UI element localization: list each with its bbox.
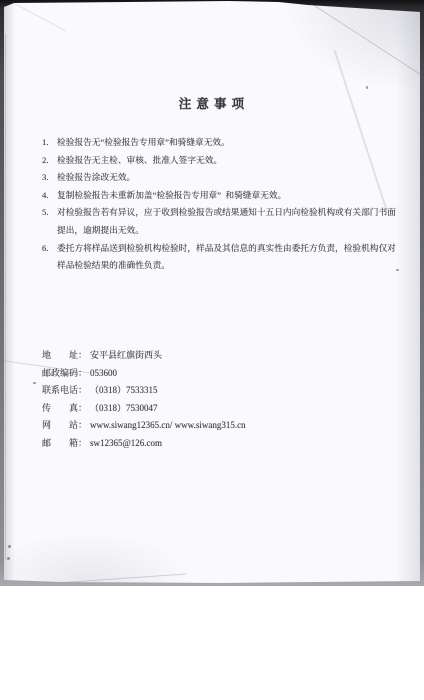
contact-label: 联系电话： bbox=[42, 382, 87, 400]
contact-row-postcode: 邮政编码： 053600 bbox=[42, 365, 402, 383]
scan-speck bbox=[33, 382, 36, 384]
contact-label: 邮政编码： bbox=[42, 365, 87, 383]
notice-item-2: 2. 检验报告无主检、审核、批准人签字无效。 bbox=[42, 152, 404, 170]
item-text: 检验报告无主检、审核、批准人签字无效。 bbox=[57, 152, 404, 170]
item-number: 4. bbox=[42, 187, 57, 205]
contact-row-fax: 传 真： （0318）7530047 bbox=[42, 400, 402, 418]
scan-edge-artifact bbox=[5, 34, 6, 560]
notice-item-5: 5. 对检验报告若有异议，应于收到检验报告或结果通知十五日内向检验机构或有关部门… bbox=[42, 204, 404, 239]
document-title: 注 意 事 项 bbox=[4, 96, 420, 112]
contact-row-address: 地 址： 安平县红旗街西头 bbox=[42, 347, 402, 365]
item-number: 3. bbox=[42, 169, 57, 187]
paper-crease bbox=[4, 0, 66, 31]
contact-value: www.siwang12365.cn/ www.siwang315.cn bbox=[90, 417, 246, 435]
contact-label: 传 真： bbox=[42, 400, 87, 418]
contact-block: 地 址： 安平县红旗街西头 邮政编码： 053600 联系电话： （0318）7… bbox=[42, 347, 402, 453]
item-number: 1. bbox=[42, 134, 57, 152]
document-page: 注 意 事 项 1. 检验报告无“检验报告专用章”和骑缝章无效。 2. 检验报告… bbox=[4, 0, 420, 584]
contact-row-website: 网 站： www.siwang12365.cn/ www.siwang315.c… bbox=[42, 417, 402, 435]
contact-label: 地 址： bbox=[42, 347, 87, 365]
item-number: 2. bbox=[42, 152, 57, 170]
notice-item-6: 6. 委托方将样品送到检验机构检验时，样品及其信息的真实性由委托方负责，检验机构… bbox=[42, 240, 404, 275]
item-text: 复制检验报告未重新加盖“检验报告专用章” 和骑缝章无效。 bbox=[57, 187, 404, 205]
item-text: 检验报告涂改无效。 bbox=[57, 169, 404, 187]
scan-speck bbox=[7, 557, 10, 560]
item-text: 检验报告无“检验报告专用章”和骑缝章无效。 bbox=[57, 134, 404, 152]
scan-speck bbox=[366, 86, 368, 89]
contact-row-email: 邮 箱： sw12365@126.com bbox=[42, 435, 402, 453]
item-number: 5. bbox=[42, 204, 57, 239]
item-number: 6. bbox=[42, 240, 57, 275]
paper-crease bbox=[296, 0, 422, 76]
paper-crease bbox=[56, 573, 186, 583]
contact-value: 安平县红旗街西头 bbox=[90, 347, 162, 365]
contact-value: 053600 bbox=[90, 365, 117, 383]
item-text: 委托方将样品送到检验机构检验时，样品及其信息的真实性由委托方负责，检验机构仅对样… bbox=[57, 240, 404, 275]
item-text: 对检验报告若有异议，应于收到检验报告或结果通知十五日内向检验机构或有关部门书面提… bbox=[57, 204, 404, 239]
contact-row-phone: 联系电话： （0318）7533315 bbox=[42, 382, 402, 400]
scanned-document: 注 意 事 项 1. 检验报告无“检验报告专用章”和骑缝章无效。 2. 检验报告… bbox=[0, 0, 424, 700]
scan-speck bbox=[8, 545, 11, 548]
contact-label: 网 站： bbox=[42, 417, 87, 435]
notice-list: 1. 检验报告无“检验报告专用章”和骑缝章无效。 2. 检验报告无主检、审核、批… bbox=[42, 134, 404, 275]
contact-value: （0318）7530047 bbox=[90, 400, 158, 418]
contact-value: sw12365@126.com bbox=[90, 435, 162, 453]
notice-item-4: 4. 复制检验报告未重新加盖“检验报告专用章” 和骑缝章无效。 bbox=[42, 187, 404, 205]
contact-label: 邮 箱： bbox=[42, 435, 87, 453]
notice-item-1: 1. 检验报告无“检验报告专用章”和骑缝章无效。 bbox=[42, 134, 404, 152]
contact-value: （0318）7533315 bbox=[90, 382, 158, 400]
notice-item-3: 3. 检验报告涂改无效。 bbox=[42, 169, 404, 187]
